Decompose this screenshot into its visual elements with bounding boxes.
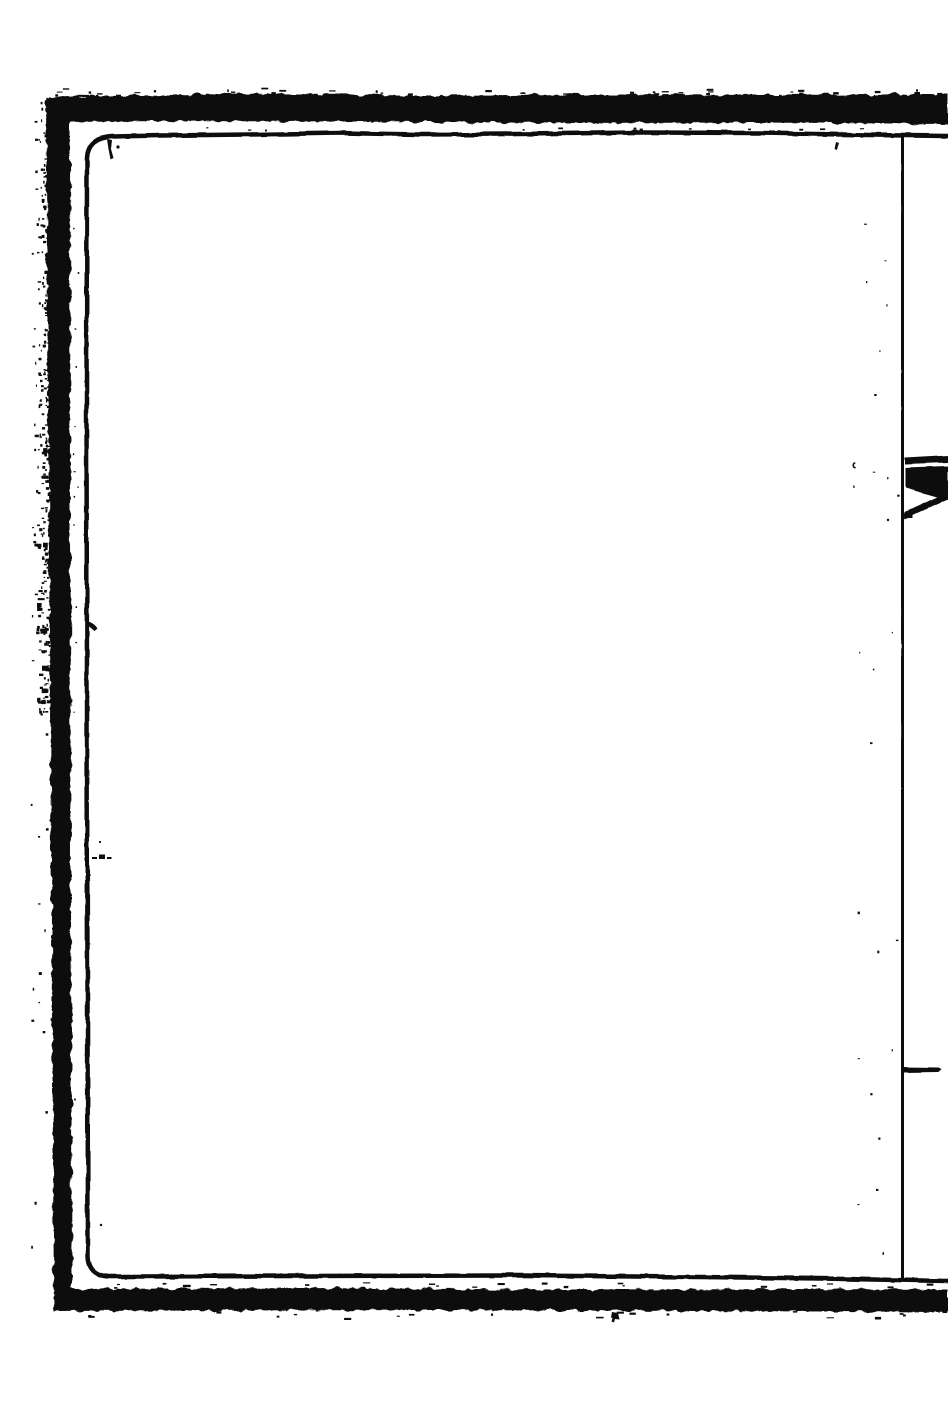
speck bbox=[323, 95, 328, 97]
speck bbox=[294, 1314, 297, 1315]
speck bbox=[38, 466, 39, 469]
speck bbox=[48, 519, 51, 521]
speck bbox=[163, 1283, 166, 1285]
speck bbox=[134, 92, 140, 93]
speck bbox=[49, 294, 51, 295]
speck bbox=[886, 304, 887, 306]
figure-fragment-wedge bbox=[905, 466, 948, 500]
speck bbox=[381, 93, 384, 94]
speck bbox=[49, 239, 52, 240]
speck bbox=[48, 432, 50, 434]
speck bbox=[35, 139, 38, 141]
outer-border-frame bbox=[46, 94, 948, 1312]
speck bbox=[47, 234, 50, 237]
speck bbox=[43, 528, 45, 529]
speck bbox=[43, 711, 45, 713]
speck bbox=[227, 89, 229, 92]
speck bbox=[44, 577, 45, 578]
speck bbox=[46, 559, 51, 562]
speck bbox=[393, 96, 400, 97]
speck bbox=[41, 700, 46, 704]
speck bbox=[48, 161, 50, 163]
speck bbox=[903, 1314, 906, 1316]
speck bbox=[49, 492, 51, 493]
speck bbox=[39, 708, 41, 710]
speck bbox=[117, 1284, 120, 1285]
speck bbox=[44, 929, 45, 932]
speck bbox=[49, 700, 52, 703]
speck bbox=[864, 224, 867, 225]
speck bbox=[41, 119, 42, 122]
speck bbox=[47, 700, 49, 701]
speck bbox=[870, 742, 873, 744]
speck bbox=[858, 912, 860, 915]
speck bbox=[49, 211, 51, 213]
speck bbox=[38, 236, 41, 238]
speck bbox=[603, 130, 605, 131]
speck bbox=[34, 328, 36, 329]
speck bbox=[41, 713, 43, 715]
speck bbox=[799, 129, 803, 131]
apostrophe-mark bbox=[835, 142, 839, 150]
ink-dot bbox=[116, 145, 119, 148]
speck bbox=[74, 471, 76, 472]
speck bbox=[902, 95, 907, 97]
speck bbox=[44, 369, 46, 370]
speck bbox=[876, 1189, 878, 1191]
scan-canvas bbox=[0, 0, 948, 1412]
inner-border-path bbox=[87, 133, 948, 1282]
speck bbox=[33, 988, 35, 991]
speck bbox=[42, 483, 45, 484]
speck bbox=[32, 527, 34, 528]
speck bbox=[45, 378, 47, 380]
speck bbox=[596, 1317, 604, 1319]
speck bbox=[49, 479, 50, 480]
speck bbox=[498, 1283, 505, 1285]
speck bbox=[860, 128, 864, 129]
speck bbox=[47, 197, 48, 200]
speck bbox=[42, 427, 45, 429]
speck bbox=[43, 241, 46, 243]
speck bbox=[73, 228, 74, 230]
speck bbox=[271, 92, 276, 95]
speck bbox=[43, 571, 47, 574]
speck bbox=[46, 510, 47, 512]
speck bbox=[44, 341, 46, 344]
speck bbox=[42, 612, 45, 613]
speck bbox=[300, 95, 305, 98]
speck bbox=[311, 96, 314, 98]
speck bbox=[44, 302, 46, 304]
speck bbox=[35, 121, 38, 123]
speck bbox=[408, 93, 413, 96]
speck bbox=[778, 130, 781, 132]
speck bbox=[63, 88, 69, 89]
speck bbox=[43, 532, 44, 535]
speck bbox=[916, 89, 918, 91]
speck bbox=[887, 477, 888, 479]
speck bbox=[248, 130, 251, 131]
speck bbox=[31, 804, 33, 806]
speck bbox=[265, 130, 267, 132]
ink-blemish-marks bbox=[86, 132, 889, 1323]
speck bbox=[48, 171, 49, 173]
speck bbox=[761, 1286, 767, 1288]
speck bbox=[40, 380, 43, 382]
speck bbox=[48, 393, 51, 395]
speck bbox=[38, 218, 39, 221]
speck bbox=[47, 272, 49, 275]
speck bbox=[564, 1286, 568, 1287]
speck bbox=[48, 534, 51, 537]
speck bbox=[210, 1284, 217, 1285]
speck bbox=[707, 89, 714, 91]
speck bbox=[82, 95, 89, 97]
speck bbox=[634, 128, 637, 130]
speck bbox=[46, 405, 48, 406]
speck bbox=[890, 93, 894, 95]
speck bbox=[39, 649, 42, 650]
speck bbox=[571, 93, 577, 96]
speck bbox=[35, 171, 37, 174]
speck bbox=[41, 608, 43, 611]
speck bbox=[751, 95, 756, 96]
speck bbox=[41, 593, 44, 594]
speck bbox=[654, 93, 659, 95]
speck bbox=[78, 272, 80, 274]
speck bbox=[853, 486, 854, 488]
speck bbox=[344, 1318, 351, 1320]
speck bbox=[75, 328, 77, 329]
speck bbox=[465, 95, 467, 97]
speck bbox=[39, 405, 42, 406]
speck bbox=[48, 428, 51, 431]
speck bbox=[44, 208, 46, 210]
speck bbox=[436, 1285, 439, 1286]
speck bbox=[35, 594, 38, 596]
speck bbox=[97, 93, 102, 94]
speck bbox=[47, 374, 48, 375]
speck bbox=[45, 299, 47, 301]
speck bbox=[279, 90, 286, 92]
c-shaped-speck bbox=[852, 462, 855, 469]
speck bbox=[45, 229, 48, 232]
speck bbox=[558, 128, 563, 130]
speck bbox=[76, 606, 78, 608]
speck bbox=[41, 385, 44, 387]
speck bbox=[57, 92, 63, 93]
speck bbox=[47, 98, 49, 101]
speck bbox=[43, 543, 48, 548]
speck bbox=[662, 94, 668, 96]
speck bbox=[47, 386, 50, 388]
speck bbox=[49, 362, 52, 365]
speck bbox=[42, 558, 45, 560]
speck bbox=[231, 92, 235, 93]
speck bbox=[873, 472, 875, 473]
speck bbox=[47, 644, 49, 646]
speck bbox=[667, 1314, 670, 1316]
speck bbox=[633, 130, 638, 132]
speck bbox=[41, 508, 44, 509]
speck bbox=[42, 235, 45, 238]
speck bbox=[39, 404, 42, 405]
speck bbox=[37, 544, 41, 548]
ink-blot bbox=[99, 855, 105, 860]
speck bbox=[47, 246, 50, 248]
speck bbox=[41, 586, 42, 589]
speck bbox=[96, 95, 98, 97]
speck bbox=[41, 629, 48, 634]
speck bbox=[858, 1058, 860, 1059]
speck bbox=[793, 1311, 797, 1313]
speck bbox=[48, 275, 50, 277]
speck bbox=[43, 169, 45, 171]
speck bbox=[42, 535, 43, 537]
speck bbox=[48, 249, 50, 252]
speck bbox=[31, 1020, 34, 1022]
speck bbox=[78, 486, 79, 488]
speck bbox=[653, 91, 656, 93]
speck bbox=[618, 1283, 624, 1285]
speck bbox=[45, 469, 47, 471]
speck bbox=[49, 645, 51, 647]
speck bbox=[39, 674, 43, 676]
speck bbox=[34, 449, 36, 451]
speck bbox=[31, 1246, 33, 1249]
speck bbox=[927, 1284, 934, 1286]
speck bbox=[46, 139, 48, 141]
speck bbox=[363, 1282, 370, 1283]
speck bbox=[48, 459, 51, 460]
speck bbox=[47, 624, 48, 627]
speck bbox=[35, 362, 36, 365]
speck bbox=[790, 92, 793, 93]
speck bbox=[261, 88, 268, 90]
speck bbox=[73, 453, 74, 455]
speck bbox=[47, 148, 49, 149]
speck bbox=[39, 139, 40, 141]
speck bbox=[43, 206, 47, 209]
speck bbox=[48, 338, 51, 340]
speck bbox=[48, 679, 49, 682]
speck bbox=[33, 346, 36, 348]
speck bbox=[45, 696, 49, 698]
speck bbox=[376, 90, 378, 93]
speck bbox=[40, 400, 42, 402]
speck bbox=[49, 143, 50, 146]
speck bbox=[47, 342, 49, 344]
speck bbox=[40, 436, 42, 438]
speck bbox=[305, 1284, 309, 1286]
speck bbox=[35, 1202, 37, 1205]
speck bbox=[875, 1317, 881, 1320]
speck bbox=[74, 426, 76, 427]
speck bbox=[41, 350, 42, 352]
speck bbox=[38, 449, 40, 450]
speck bbox=[38, 836, 40, 838]
speck bbox=[40, 141, 41, 143]
speck bbox=[779, 95, 782, 97]
speck bbox=[46, 438, 48, 440]
speck bbox=[45, 158, 48, 159]
speck bbox=[46, 238, 49, 239]
ink-dot bbox=[99, 841, 101, 843]
ink-dot bbox=[887, 519, 889, 521]
speck bbox=[45, 442, 47, 444]
speck bbox=[329, 90, 336, 91]
speck bbox=[429, 1284, 435, 1286]
speck bbox=[44, 564, 47, 566]
figure-fragment-band bbox=[905, 455, 948, 464]
speck bbox=[46, 398, 48, 401]
ink-dot bbox=[100, 1224, 102, 1226]
speck bbox=[833, 92, 839, 94]
speck bbox=[74, 712, 75, 713]
speck bbox=[36, 490, 38, 493]
scan-noise-speckles bbox=[31, 88, 947, 1320]
speck bbox=[44, 549, 46, 551]
speck bbox=[41, 169, 44, 172]
gutter-divider-path bbox=[902, 137, 904, 1281]
speck bbox=[74, 496, 76, 498]
speck bbox=[42, 304, 43, 307]
speck bbox=[39, 528, 42, 531]
speck bbox=[857, 1204, 859, 1205]
speck bbox=[39, 358, 42, 361]
speck bbox=[48, 669, 51, 671]
speck bbox=[873, 669, 874, 671]
speck bbox=[42, 251, 44, 253]
speck bbox=[689, 128, 692, 129]
speck bbox=[799, 93, 803, 96]
speck bbox=[49, 264, 52, 267]
speck bbox=[45, 553, 49, 556]
speck bbox=[827, 1283, 833, 1284]
speck bbox=[44, 164, 46, 167]
speck bbox=[44, 581, 47, 582]
speck bbox=[49, 185, 52, 187]
speck bbox=[42, 200, 44, 203]
speck bbox=[38, 281, 42, 283]
speck bbox=[113, 96, 119, 97]
speck bbox=[77, 95, 82, 97]
speck bbox=[48, 358, 51, 360]
speck bbox=[640, 129, 643, 131]
speck bbox=[44, 677, 46, 679]
speck bbox=[34, 424, 35, 427]
speck bbox=[42, 434, 45, 436]
speck bbox=[75, 642, 77, 643]
speck bbox=[43, 277, 44, 279]
speck bbox=[48, 175, 51, 177]
speck bbox=[277, 1316, 280, 1318]
speck bbox=[45, 185, 48, 188]
speck bbox=[73, 524, 74, 526]
speck bbox=[37, 607, 41, 612]
speck bbox=[74, 1099, 76, 1101]
speck bbox=[206, 127, 208, 128]
speck bbox=[39, 375, 42, 376]
speck bbox=[459, 95, 461, 98]
speck bbox=[521, 92, 525, 94]
speck bbox=[216, 1311, 221, 1313]
speck bbox=[724, 95, 728, 97]
speck bbox=[46, 136, 47, 137]
speck bbox=[662, 91, 669, 92]
speck bbox=[491, 1314, 493, 1316]
speck bbox=[793, 96, 799, 99]
speck bbox=[42, 413, 45, 415]
speck bbox=[44, 455, 47, 457]
speck bbox=[43, 521, 45, 523]
speck bbox=[43, 450, 49, 453]
speck bbox=[46, 307, 48, 309]
speck bbox=[41, 108, 43, 111]
speck bbox=[42, 518, 45, 519]
speck bbox=[114, 1287, 117, 1289]
speck bbox=[32, 660, 35, 661]
speck bbox=[49, 97, 51, 100]
speck bbox=[39, 344, 40, 346]
speck bbox=[38, 615, 41, 618]
speck bbox=[879, 351, 881, 352]
speck bbox=[42, 195, 43, 197]
speck bbox=[41, 102, 43, 104]
speck bbox=[707, 130, 711, 132]
speck bbox=[46, 733, 49, 735]
speck bbox=[49, 304, 51, 306]
speck bbox=[820, 128, 825, 130]
speck bbox=[45, 329, 48, 331]
speck bbox=[44, 388, 47, 390]
speck bbox=[41, 389, 44, 392]
speck bbox=[875, 91, 881, 93]
ink-drip-mark bbox=[107, 139, 114, 160]
speck bbox=[41, 534, 43, 535]
ink-dash bbox=[92, 857, 97, 859]
speck bbox=[48, 376, 51, 379]
speck bbox=[47, 406, 49, 408]
speck bbox=[49, 497, 51, 499]
speck bbox=[47, 300, 50, 303]
speck bbox=[45, 108, 47, 110]
speck bbox=[46, 828, 49, 830]
ink-dash bbox=[366, 132, 370, 135]
speck bbox=[563, 93, 570, 94]
figure-fragment-tick bbox=[901, 514, 913, 519]
speck bbox=[43, 172, 45, 174]
speck bbox=[45, 711, 48, 713]
speck bbox=[37, 603, 42, 607]
speck bbox=[42, 476, 48, 479]
speck bbox=[888, 1286, 894, 1288]
speck bbox=[44, 590, 47, 593]
speck bbox=[49, 635, 51, 637]
speck bbox=[617, 1312, 624, 1314]
speck bbox=[45, 441, 47, 442]
speck bbox=[870, 1093, 872, 1095]
speck bbox=[43, 181, 45, 184]
speck bbox=[38, 1002, 40, 1003]
speck bbox=[42, 466, 45, 469]
ink-dash bbox=[107, 857, 112, 859]
speck bbox=[46, 641, 48, 644]
speck bbox=[49, 261, 51, 264]
speck bbox=[89, 91, 92, 93]
speck bbox=[45, 294, 46, 296]
